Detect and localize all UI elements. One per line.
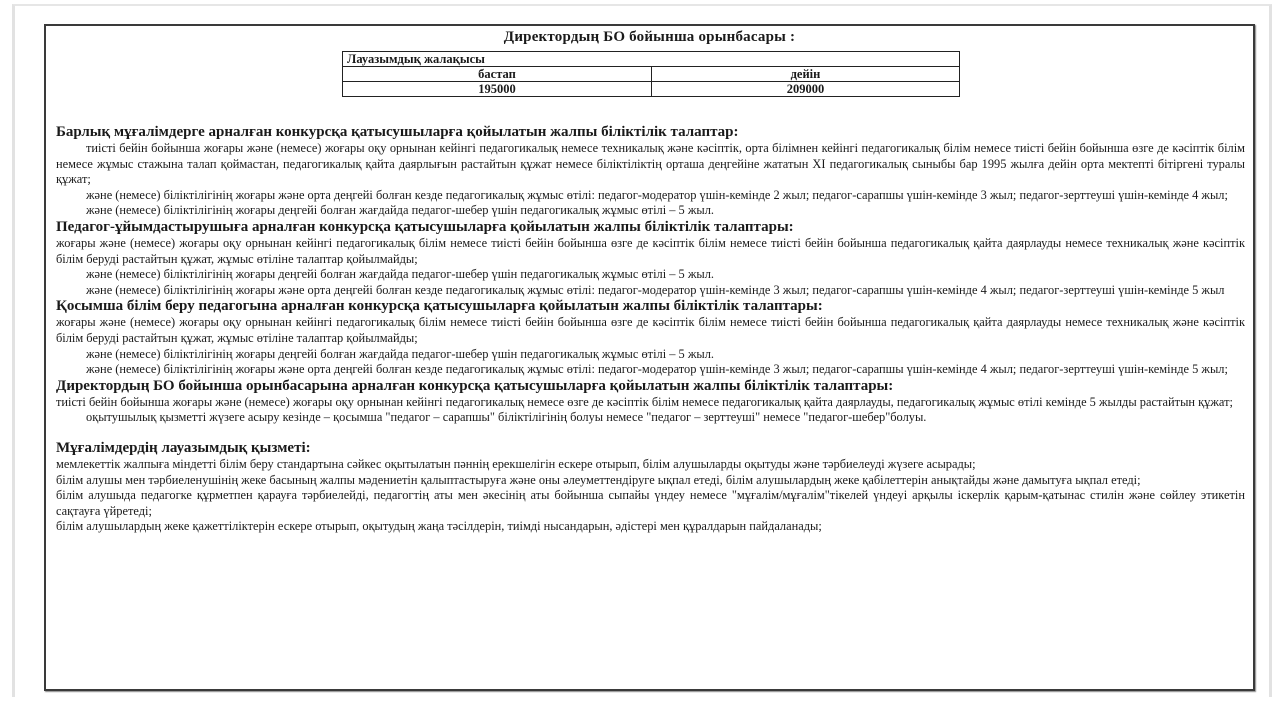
section-title: Педагог-ұйымдастырушыға арналған конкурс… <box>56 219 1245 236</box>
section: Педагог-ұйымдастырушыға арналған конкурс… <box>56 219 1245 298</box>
section-paragraph: және (немесе) біліктілігінің жоғары және… <box>56 188 1245 204</box>
section-paragraph: білім алушы мен тәрбиеленушінің жеке бас… <box>56 473 1245 489</box>
section-paragraph: білім алушыда педагогке құрметпен қарауғ… <box>56 488 1245 519</box>
section-paragraph: білім алушылардың жеке қажеттіліктерін е… <box>56 519 1245 535</box>
salary-caption: Лауазымдық жалақысы <box>343 52 960 67</box>
section-paragraph: мемлекеттік жалпыға міндетті білім беру … <box>56 457 1245 473</box>
section-paragraph: және (немесе) біліктілігінің жоғары деңг… <box>56 267 1245 283</box>
section-spacer <box>56 426 1245 440</box>
section-paragraph: тиісті бейін бойынша жоғары және (немесе… <box>56 395 1245 411</box>
section-paragraph: жоғары және (немесе) жоғары оқу орнынан … <box>56 315 1245 346</box>
section: Директордың БО бойынша орынбасарына арна… <box>56 378 1245 426</box>
section: Барлық мұғалімдерге арналған конкурсқа қ… <box>56 124 1245 219</box>
section-paragraph: тиісті бейін бойынша жоғары және (немесе… <box>56 141 1245 188</box>
section-title: Мұғалімдердің лауазымдық қызметі: <box>56 440 1245 457</box>
section-paragraph: оқытушылық қызметті жүзеге асыру кезінде… <box>56 410 1245 426</box>
salary-table: Лауазымдық жалақысы бастап дейін 195000 … <box>342 51 960 97</box>
salary-header-to: дейін <box>651 67 959 82</box>
document-title: Директордың БО бойынша орынбасары : <box>46 29 1253 46</box>
section-title: Қосымша білім беру педагогына арналған к… <box>56 298 1245 315</box>
section-paragraph: және (немесе) біліктілігінің жоғары және… <box>56 362 1245 378</box>
section-title: Директордың БО бойынша орынбасарына арна… <box>56 378 1245 395</box>
section-paragraph: жоғары және (немесе) жоғары оқу орнынан … <box>56 236 1245 267</box>
salary-value-from: 195000 <box>343 82 652 97</box>
section-paragraph: және (немесе) біліктілігінің жоғары деңг… <box>56 203 1245 219</box>
section-paragraph: және (немесе) біліктілігінің жоғары және… <box>56 283 1245 299</box>
salary-value-to: 209000 <box>651 82 959 97</box>
document-content: Барлық мұғалімдерге арналған конкурсқа қ… <box>56 124 1245 535</box>
section-title: Барлық мұғалімдерге арналған конкурсқа қ… <box>56 124 1245 141</box>
section: Қосымша білім беру педагогына арналған к… <box>56 298 1245 377</box>
document-box: Директордың БО бойынша орынбасары : Лауа… <box>44 24 1255 691</box>
salary-header-from: бастап <box>343 67 652 82</box>
section: Мұғалімдердің лауазымдық қызметі:мемлеке… <box>56 440 1245 535</box>
section-paragraph: және (немесе) біліктілігінің жоғары деңг… <box>56 347 1245 363</box>
